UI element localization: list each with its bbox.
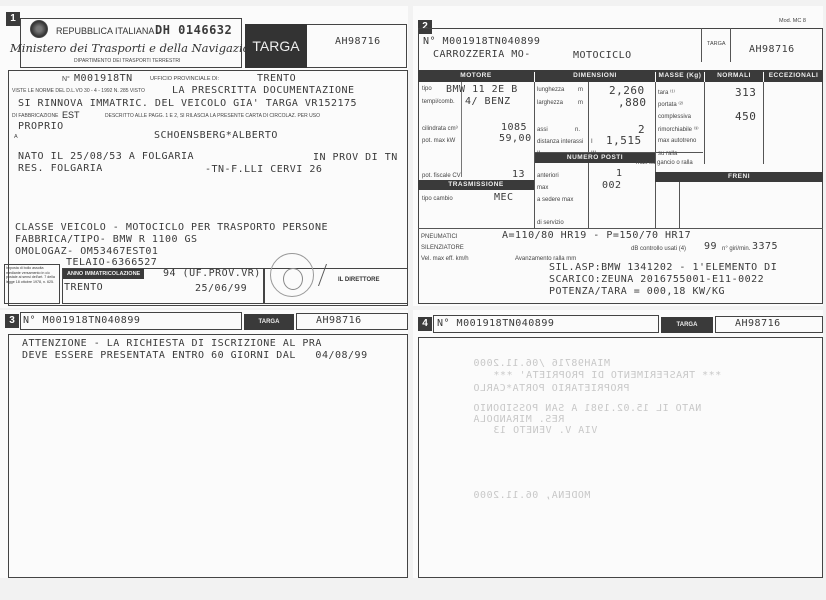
show-through-2: *** TRASFERIMENTO DI PROPRIETA' *** — [493, 370, 721, 381]
db-value: 99 — [704, 241, 717, 252]
registration-number: M001918TN — [74, 73, 133, 84]
tax-note: Imposta di bollo assolta mediante versam… — [6, 266, 58, 284]
tempi-value: 4/ BENZ — [465, 96, 511, 107]
document-number: N° M001918TN040899 — [423, 36, 540, 47]
freni-header: FRENI — [655, 172, 823, 182]
stamp-inner-icon — [283, 268, 303, 290]
owner-name: SCHOENSBERG*ALBERTO — [154, 130, 278, 141]
anteriori-value: 1 — [616, 168, 623, 179]
cambio-label: tipo cambio — [422, 196, 453, 202]
use-value: PROPRIO — [18, 121, 64, 132]
assi-label: assi — [537, 127, 548, 133]
eccezionali-header: ECCEZIONALI — [764, 70, 823, 82]
rpm-value: 3375 — [752, 241, 778, 252]
targa-label: TARGA — [661, 317, 713, 333]
republic-label: REPUBBLICA ITALIANA — [56, 26, 154, 36]
renewal-line: SI RINNOVA IMMATRIC. DEL VEICOLO GIA' TA… — [18, 98, 357, 109]
larghezza-label: larghezza — [537, 100, 563, 106]
targa-label: TARGA — [707, 41, 726, 47]
born-line: NATO IL 25/08/53 A FOLGARIA — [18, 151, 194, 162]
ministry-label: Ministero dei Trasporti e della Navigazi… — [10, 41, 264, 55]
pot-max-value: 59,00 — [499, 133, 532, 144]
page-badge: 4 — [418, 317, 432, 331]
registration-year-value: 94 (UF.PROV.VR) — [163, 268, 261, 279]
tyres-value: A=110/80 HR19 - P=150/70 HR17 — [502, 230, 691, 241]
note-line-2: SCARICO:ZEUNA 2016755001-E11-0022 — [549, 274, 764, 285]
pot-fiscale-label: pot. fiscale CV — [422, 173, 461, 179]
registration-year-label: ANNO IMMATRICOLAZIONE — [63, 269, 144, 279]
divider — [704, 82, 705, 164]
page-1: 1 REPUBBLICA ITALIANA DH 0146632 Ministe… — [0, 6, 408, 308]
page-2: 2 Mod. MC 8 N° M001918TN040899 CARROZZER… — [413, 6, 823, 306]
divider — [763, 82, 764, 164]
show-through-3: PROPRIETARIO PORTA*CARLO — [473, 383, 630, 394]
divider — [679, 182, 680, 228]
interassi-value: 1,515 — [606, 134, 642, 147]
norms-label: VISTE LE NORME DEL D.L.vo 30 - 4 - 1992 … — [12, 88, 145, 94]
make-line: FABBRICA/TIPO- BMW R 1100 GS — [15, 234, 198, 245]
max-seats-label: max — [537, 185, 548, 191]
dimensioni-header: DIMENSIONI — [535, 70, 655, 82]
complessiva-label: complessiva — [658, 114, 691, 120]
described-label: DESCRITTO ALLE PAGG. 1 E 2, SI RILASCIA … — [105, 113, 320, 119]
show-through-4: NATO IL 15.02.1981 A SAN POSSIDONIO — [473, 403, 701, 414]
interassi-label: distanza interassi — [537, 139, 583, 145]
normali-header: NORMALI — [705, 70, 763, 82]
address-line: -TN-F.LLI CERVI 26 — [205, 164, 322, 175]
tyres-label: PNEUMATICI — [421, 234, 458, 240]
autotreno-label: max autotreno — [658, 138, 696, 144]
divider — [461, 82, 462, 177]
tempi-label: tempi/comb. — [422, 99, 455, 105]
tara-value: 313 — [735, 86, 756, 99]
anteriori-label: anteriori — [537, 173, 559, 179]
page-badge: 3 — [5, 314, 19, 328]
larghezza-unit: m — [578, 100, 583, 106]
trasmissione-header: TRASMISSIONE — [418, 180, 534, 190]
portata-label: portata ⁽²⁾ — [658, 101, 683, 108]
assi-unit: n. — [575, 127, 580, 133]
pot-fiscale-value: 13 — [512, 169, 525, 180]
fabrication-label: DI FABBRICAZIONE — [12, 113, 58, 119]
targa-value: AH98716 — [735, 318, 781, 329]
targa-divider — [701, 28, 702, 62]
residence-line: RES. FOLGARIA — [18, 163, 103, 174]
page-4: 4 N° M001918TN040899 TARGA AH98716 MIAH9… — [413, 310, 823, 578]
targa-value: AH98716 — [335, 36, 381, 47]
masse-header: MASSE (Kg) — [656, 70, 704, 82]
sedere-label: a sedere max — [537, 197, 573, 203]
rimorchiabile-label: rimorchiabile ⁽³⁾ — [658, 126, 699, 133]
document-number: N° M001918TN040899 — [437, 318, 554, 329]
db-label: dB controllo usati (4) — [631, 246, 686, 252]
cilindrata-label: cilindrata cm³ — [422, 126, 458, 132]
complessiva-value: 450 — [735, 110, 756, 123]
prov-line: IN PROV DI TN — [313, 152, 398, 163]
show-through-1: MIAH98716 /06.11.2000 — [473, 358, 610, 369]
body-label: CARROZZERIA MO- — [433, 49, 531, 60]
number-label: N° — [62, 76, 70, 83]
document-number: N° M001918TN040899 — [23, 315, 140, 326]
note-line-3: POTENZA/TARA = 000,18 KW/KG — [549, 286, 725, 297]
note-line-1: SIL.ASP:BMW 1341202 - 1'ELEMENTO DI — [549, 262, 777, 273]
page-badge: 1 — [6, 12, 20, 26]
silencer-label: SILENZIATORE — [421, 245, 464, 251]
model-label: Mod. MC 8 — [779, 18, 806, 24]
cambio-value: MEC — [494, 192, 514, 203]
targa-value: AH98716 — [316, 315, 362, 326]
interassi-unit: I — [591, 139, 593, 145]
max-seats-value: 002 — [602, 180, 622, 191]
office-value: TRENTO — [257, 73, 296, 84]
lunghezza-unit: m — [578, 87, 583, 93]
tipo-label: tipo — [422, 86, 432, 92]
emblem-icon — [30, 20, 48, 38]
lunghezza-label: lunghezza — [537, 87, 564, 93]
gancio-label: max su gancio o ralla — [636, 160, 693, 166]
warning-line-2: DEVE ESSERE PRESENTATA ENTRO 60 GIORNI D… — [22, 350, 368, 361]
norms-value: LA PRESCRITTA DOCUMENTAZIONE — [172, 85, 355, 96]
vmax-label: Vel. max eff. km/h — [421, 256, 469, 262]
serial-number: DH 0146632 — [155, 23, 232, 37]
to-label: A — [14, 134, 18, 140]
warning-line-1: ATTENZIONE - LA RICHIESTA DI ISCRIZIONE … — [22, 338, 322, 349]
larghezza-value: ,880 — [618, 96, 647, 109]
pot-max-label: pot. max kW — [422, 138, 455, 144]
director-label: IL DIRETTORE — [338, 277, 379, 283]
rpm-label: n° giri/min. — [722, 246, 750, 252]
department-label: DIPARTIMENTO DEI TRASPORTI TERRESTRI — [74, 58, 180, 64]
issue-date: 25/06/99 — [195, 283, 247, 294]
vehicle-class: CLASSE VEICOLO - MOTOCICLO PER TRASPORTO… — [15, 222, 328, 233]
targa-label: TARGA — [244, 314, 294, 330]
homologation-line: OMOLOGAZ- OM53467EST01 — [15, 246, 158, 257]
targa-label-box: TARGA — [245, 24, 307, 68]
servizio-label: di servizio — [537, 220, 564, 226]
issue-place: TRENTO — [64, 282, 103, 293]
targa-divider-2 — [730, 28, 731, 62]
tipo-value: BMW 11 2E B — [446, 84, 518, 95]
divider — [418, 228, 823, 229]
tara-label: tara ⁽¹⁾ — [658, 89, 675, 96]
body-value: MOTOCICLO — [573, 50, 632, 61]
show-through-7: MODENA, 06.11.2000 — [473, 490, 590, 501]
office-label: UFFICIO PROVINCIALE DI: — [150, 76, 219, 82]
divider — [655, 82, 656, 228]
targa-value: AH98716 — [749, 44, 795, 55]
frame-line: TELAIO-6366527 — [66, 257, 157, 268]
motore-header: MOTORE — [418, 70, 534, 82]
main-box — [8, 334, 408, 578]
show-through-5: RES. MIRANDOLA — [473, 414, 564, 425]
fabrication-value: EST — [62, 110, 80, 120]
page-3: 3 N° M001918TN040899 TARGA AH98716 ATTEN… — [0, 310, 408, 578]
ralla-label: su ralla — [658, 151, 677, 157]
show-through-6: VIA V. VENETO 13 — [493, 425, 597, 436]
cilindrata-value: 1085 — [501, 122, 527, 133]
